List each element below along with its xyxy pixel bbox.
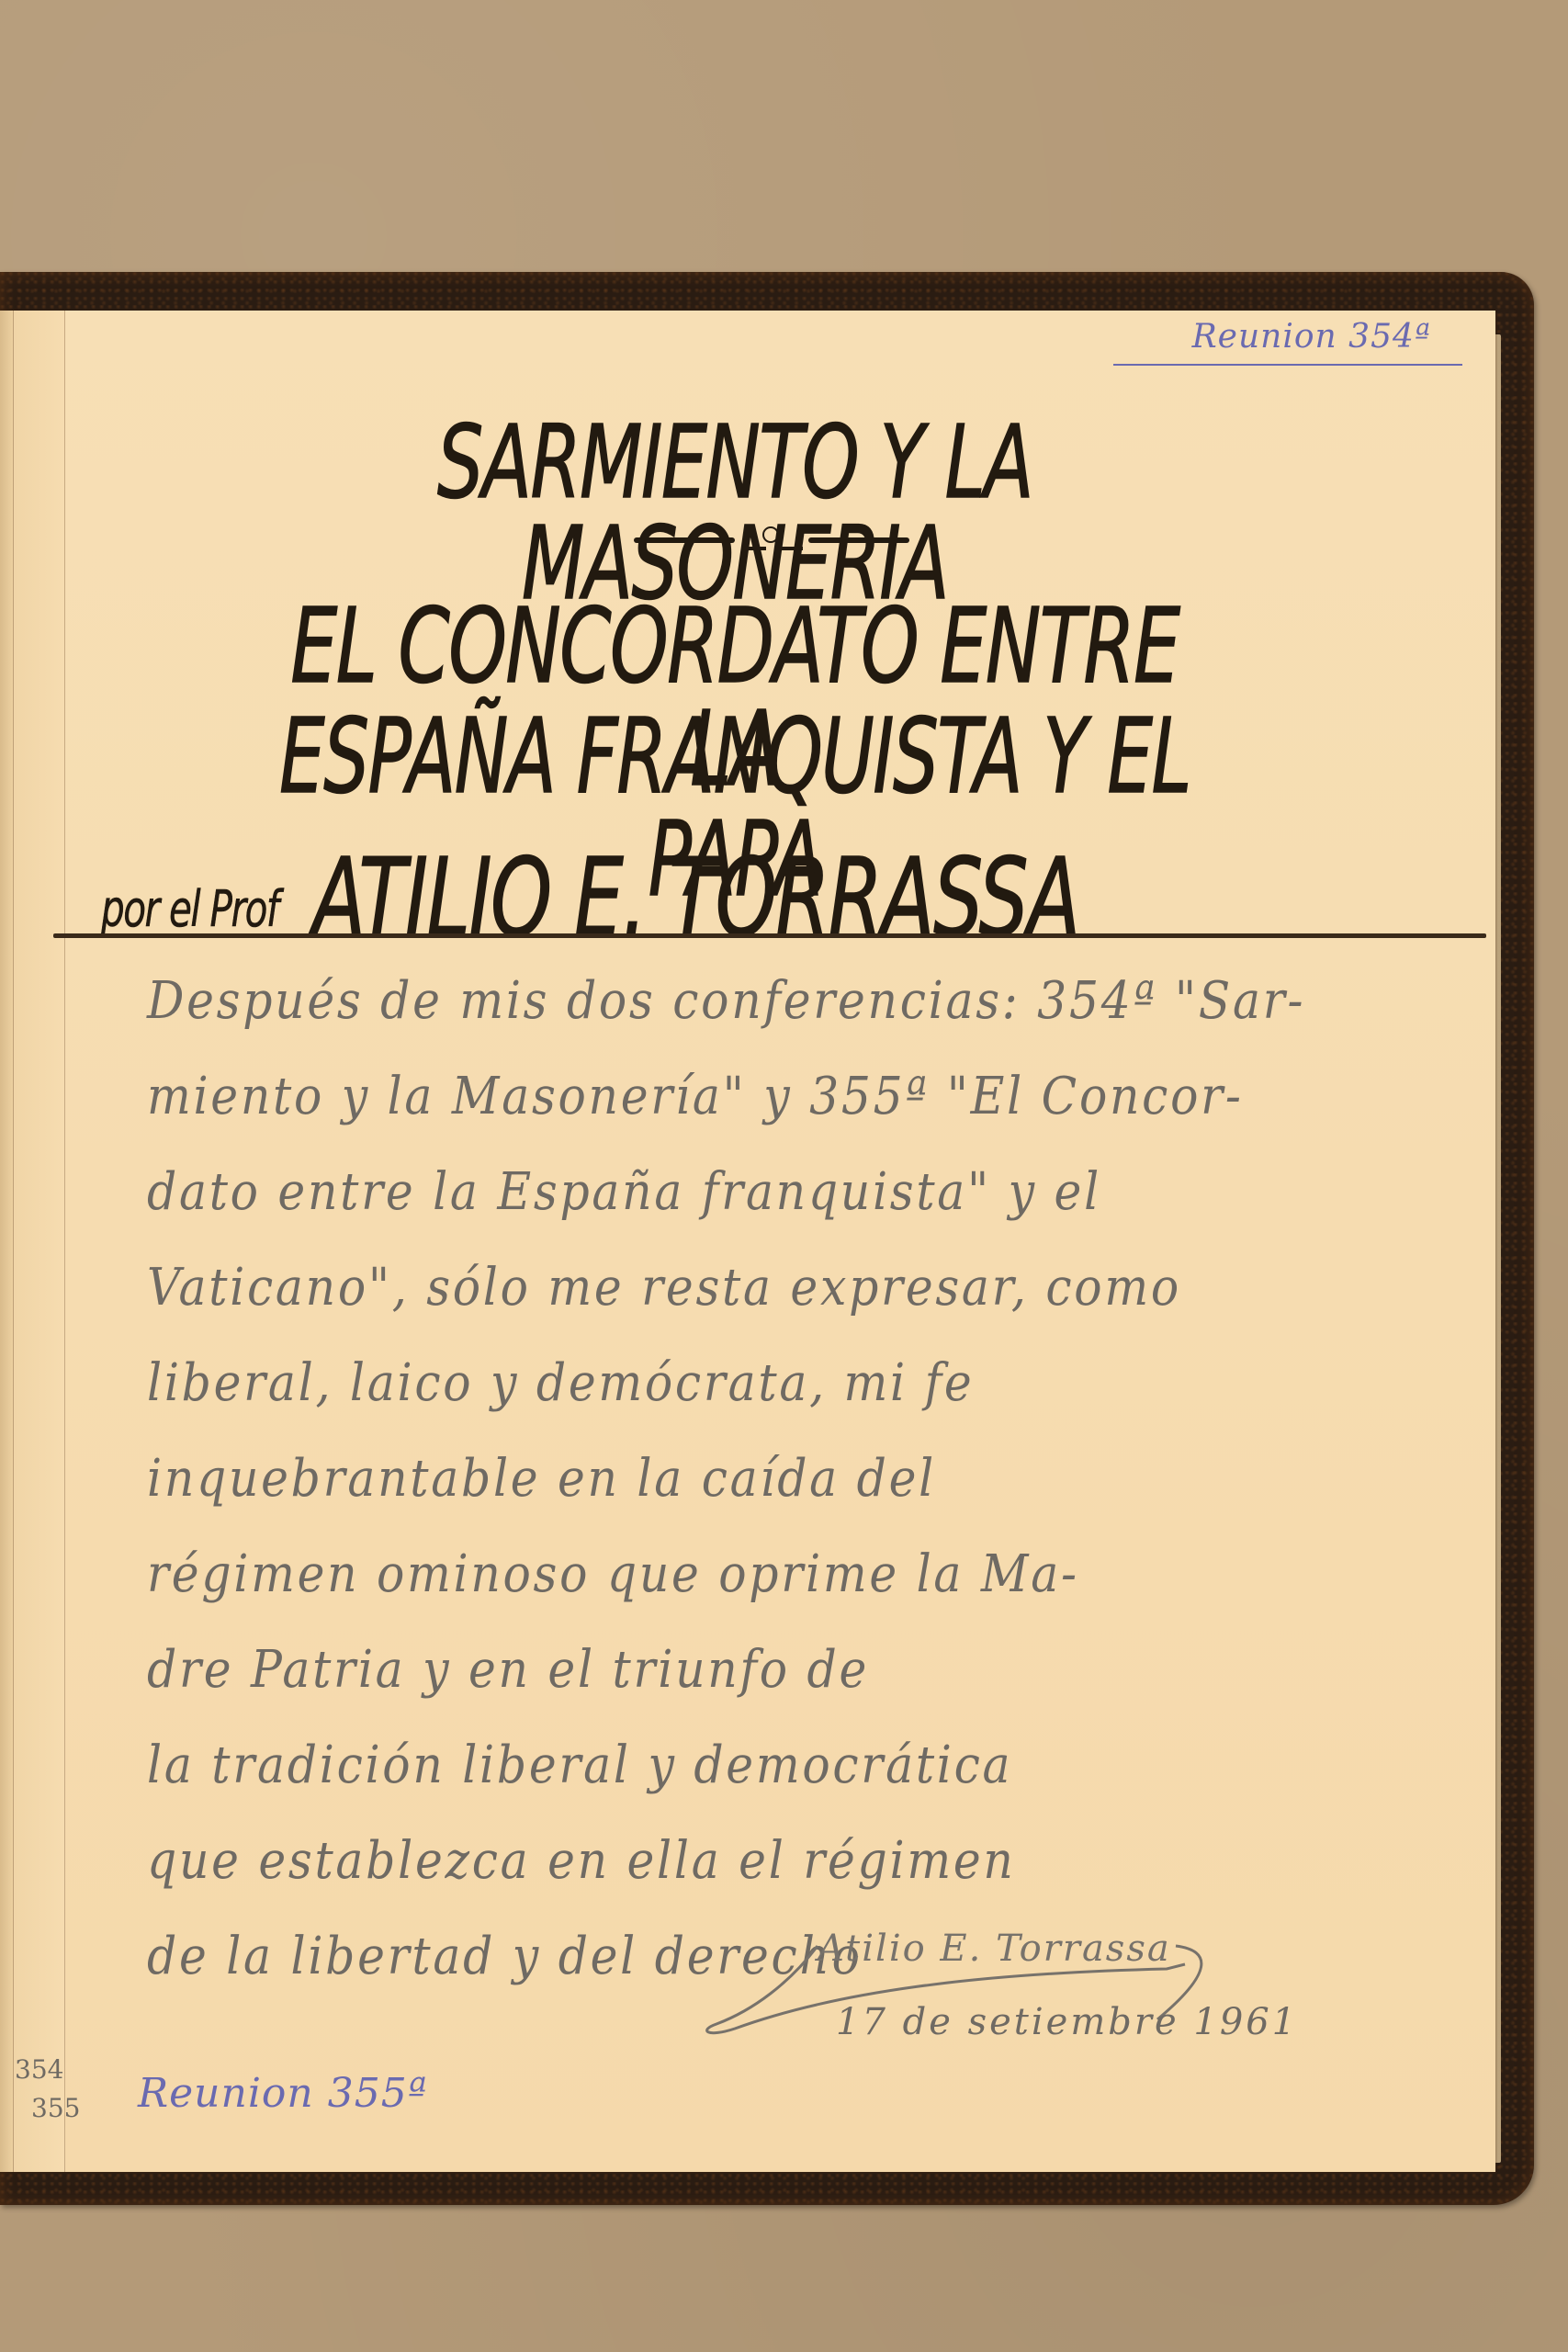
author-name: ATILIO E. TORRASSA: [312, 834, 1079, 961]
body-line: dato entre la España franquista" y el: [147, 1145, 1321, 1240]
title-line-1: SARMIENTO Y LA MASONERIA: [265, 412, 1204, 614]
body-line: Vaticano", sólo me resta expresar, como: [147, 1240, 1321, 1336]
byline-prefix: por el Prof: [101, 880, 278, 938]
body-line: Después de mis dos conferencias: 354ª "S…: [147, 954, 1321, 1049]
body-line: que establezca en ella el régimen: [147, 1814, 1321, 1909]
byline: por el Prof ATILIO E. TORRASSA: [83, 834, 1387, 944]
meeting-stamp-top: Reunion 354ª: [1113, 318, 1462, 366]
notebook-page: Reunion 354ª SARMIENTO Y LA MASONERIA EL…: [0, 311, 1495, 2172]
binding-edge: [0, 311, 14, 2172]
body-line: inquebrantable en la caída del: [147, 1431, 1321, 1527]
title-ornament-divider: [634, 526, 909, 554]
signature-block: Atilio E. Torrassa 17 de setiembre 1961: [698, 1928, 1341, 2075]
body-line: miento y la Masonería" y 355ª "El Concor…: [147, 1049, 1321, 1145]
signature: Atilio E. Torrassa: [818, 1928, 1171, 1970]
body-line: dre Patria y en el triunfo de: [147, 1623, 1321, 1718]
meeting-stamp-bottom: Reunion 355ª: [138, 2070, 428, 2117]
binding-margin: [0, 311, 65, 2172]
handwritten-body: Después de mis dos conferencias: 354ª "S…: [147, 954, 1451, 2005]
body-line: la tradición liberal y democrática: [147, 1718, 1321, 1814]
body-line: régimen ominoso que oprime la Ma-: [147, 1527, 1321, 1623]
body-line: liberal, laico y demócrata, mi fe: [147, 1336, 1321, 1431]
date: 17 de setiembre 1961: [836, 2001, 1298, 2043]
header-divider-rule: [53, 933, 1486, 938]
margin-reference-numbers: 354 355: [13, 2056, 64, 2139]
